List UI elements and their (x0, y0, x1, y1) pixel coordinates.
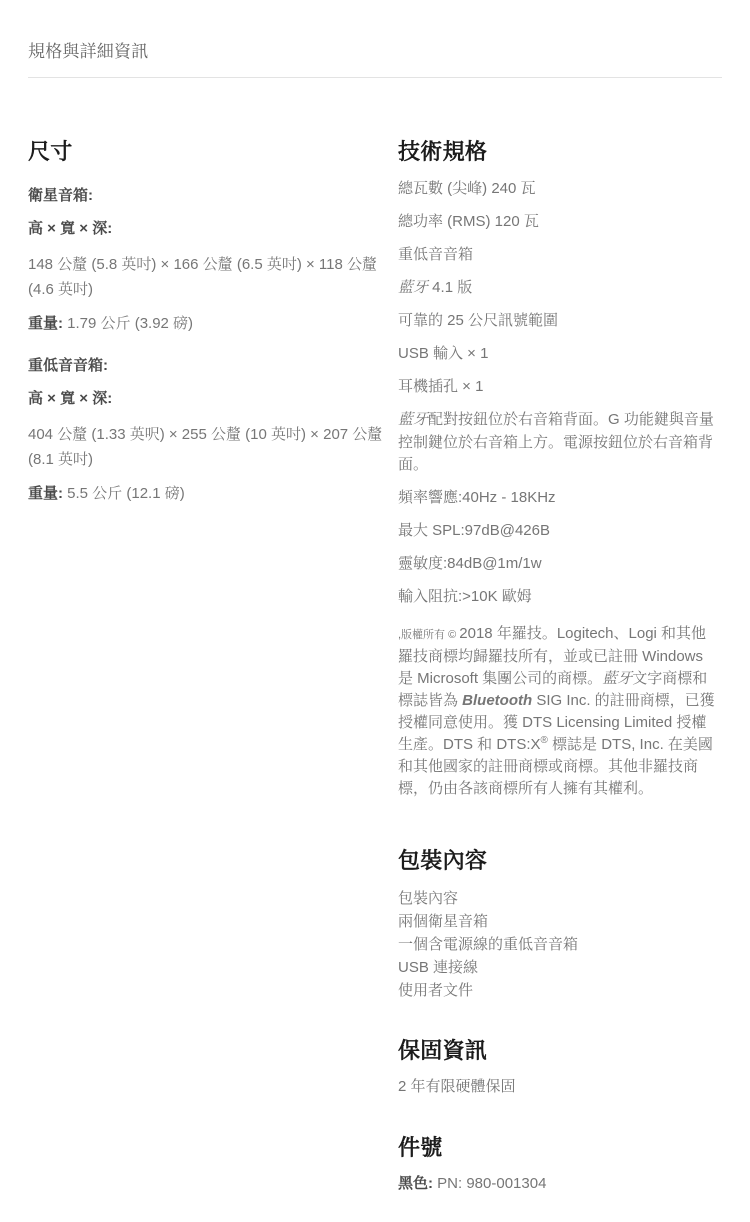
spec-sensitivity: 靈敏度:84dB@1m/1w (398, 553, 716, 574)
spec-impedance: 輸入阻抗:>10K 歐姆 (398, 586, 716, 607)
content-columns: 尺寸 衛星音箱: 高 × 寬 × 深: 148 公釐 (5.8 英吋) × 16… (28, 139, 722, 1194)
part-number-value: PN: 980-001304 (433, 1175, 546, 1192)
package-item: 一個含電源線的重低音音箱 (398, 933, 716, 956)
spec-frequency-response: 頻率響應:40Hz - 18KHz (398, 487, 716, 508)
satellite-speaker-label: 衛星音箱: (28, 186, 398, 206)
spec-watt-rms: 總功率 (RMS) 120 瓦 (398, 211, 716, 232)
satellite-dimensions: 148 公釐 (5.8 英吋) × 166 公釐 (6.5 英吋) × 118 … (28, 252, 398, 302)
package-item: USB 連接線 (398, 956, 716, 979)
subwoofer-label: 重低音音箱: (28, 356, 398, 376)
package-contents-heading: 包裝內容 (398, 848, 716, 874)
spec-wireless-range: 可靠的 25 公尺訊號範圍 (398, 310, 716, 331)
tech-specs-heading: 技術規格 (398, 139, 716, 165)
satellite-weight: 重量: 1.79 公斤 (3.92 磅) (28, 314, 398, 334)
controls-text: 配對按鈕位於右音箱背面。G 功能鍵與音量控制鍵位於右音箱上方。電源按鈕位於右音箱… (398, 411, 714, 473)
spec-max-spl: 最大 SPL:97dB@426B (398, 520, 716, 541)
package-item: 兩個衛星音箱 (398, 910, 716, 933)
divider (28, 77, 722, 78)
spec-usb-input: USB 輸入 × 1 (398, 343, 716, 364)
satellite-hwd-label: 高 × 寬 × 深: (28, 219, 398, 239)
bluetooth-brand-cn: 藍牙 (398, 411, 428, 428)
dimensions-section: 尺寸 衛星音箱: 高 × 寬 × 深: 148 公釐 (5.8 英吋) × 16… (28, 139, 398, 516)
copyright-lead: ,版權所有 © (398, 629, 459, 641)
dimensions-heading: 尺寸 (28, 139, 398, 165)
spec-page: 規格與詳細資訊 尺寸 衛星音箱: 高 × 寬 × 深: 148 公釐 (5.8 … (0, 37, 750, 1194)
bluetooth-version-value: 4.1 版 (428, 279, 472, 296)
subwoofer-dimensions: 404 公釐 (1.33 英呎) × 255 公釐 (10 英吋) × 207 … (28, 422, 398, 472)
bluetooth-brand-cn: 藍牙 (602, 670, 632, 687)
bluetooth-brand-en: Bluetooth (462, 692, 532, 709)
page-title: 規格與詳細資訊 (28, 37, 722, 62)
part-color-label: 黑色: (398, 1175, 433, 1192)
spec-controls-paragraph: 藍牙配對按鈕位於右音箱背面。G 功能鍵與音量控制鍵位於右音箱上方。電源按鈕位於右… (398, 409, 716, 477)
part-number-heading: 件號 (398, 1135, 716, 1161)
warranty-text: 2 年有限硬體保固 (398, 1077, 716, 1097)
spec-watt-peak: 總瓦數 (尖峰) 240 瓦 (398, 178, 716, 199)
spec-bluetooth-version: 藍牙 4.1 版 (398, 277, 716, 298)
warranty-heading: 保固資訊 (398, 1038, 716, 1064)
satellite-weight-label: 重量: (28, 315, 63, 332)
subwoofer-weight-value: 5.5 公斤 (12.1 磅) (63, 485, 185, 502)
package-item: 包裝內容 (398, 887, 716, 910)
tech-specs-section: 技術規格 總瓦數 (尖峰) 240 瓦 總功率 (RMS) 120 瓦 重低音音… (398, 139, 716, 1194)
subwoofer-weight: 重量: 5.5 公斤 (12.1 磅) (28, 484, 398, 504)
bluetooth-brand-cn: 藍牙 (398, 279, 428, 296)
satellite-weight-value: 1.79 公斤 (3.92 磅) (63, 315, 193, 332)
package-contents-list: 包裝內容 兩個衛星音箱 一個含電源線的重低音音箱 USB 連接線 使用者文件 (398, 887, 716, 1002)
copyright-paragraph: ,版權所有 © 2018 年羅技。Logitech、Logi 和其他羅技商標均歸… (398, 623, 716, 800)
subwoofer-weight-label: 重量: (28, 485, 63, 502)
spec-headphone-jack: 耳機插孔 × 1 (398, 376, 716, 397)
part-number-line: 黑色: PN: 980-001304 (398, 1174, 716, 1194)
spec-subwoofer: 重低音音箱 (398, 244, 716, 265)
registered-trademark-symbol: ® (541, 735, 548, 746)
package-item: 使用者文件 (398, 979, 716, 1002)
subwoofer-hwd-label: 高 × 寬 × 深: (28, 389, 398, 409)
